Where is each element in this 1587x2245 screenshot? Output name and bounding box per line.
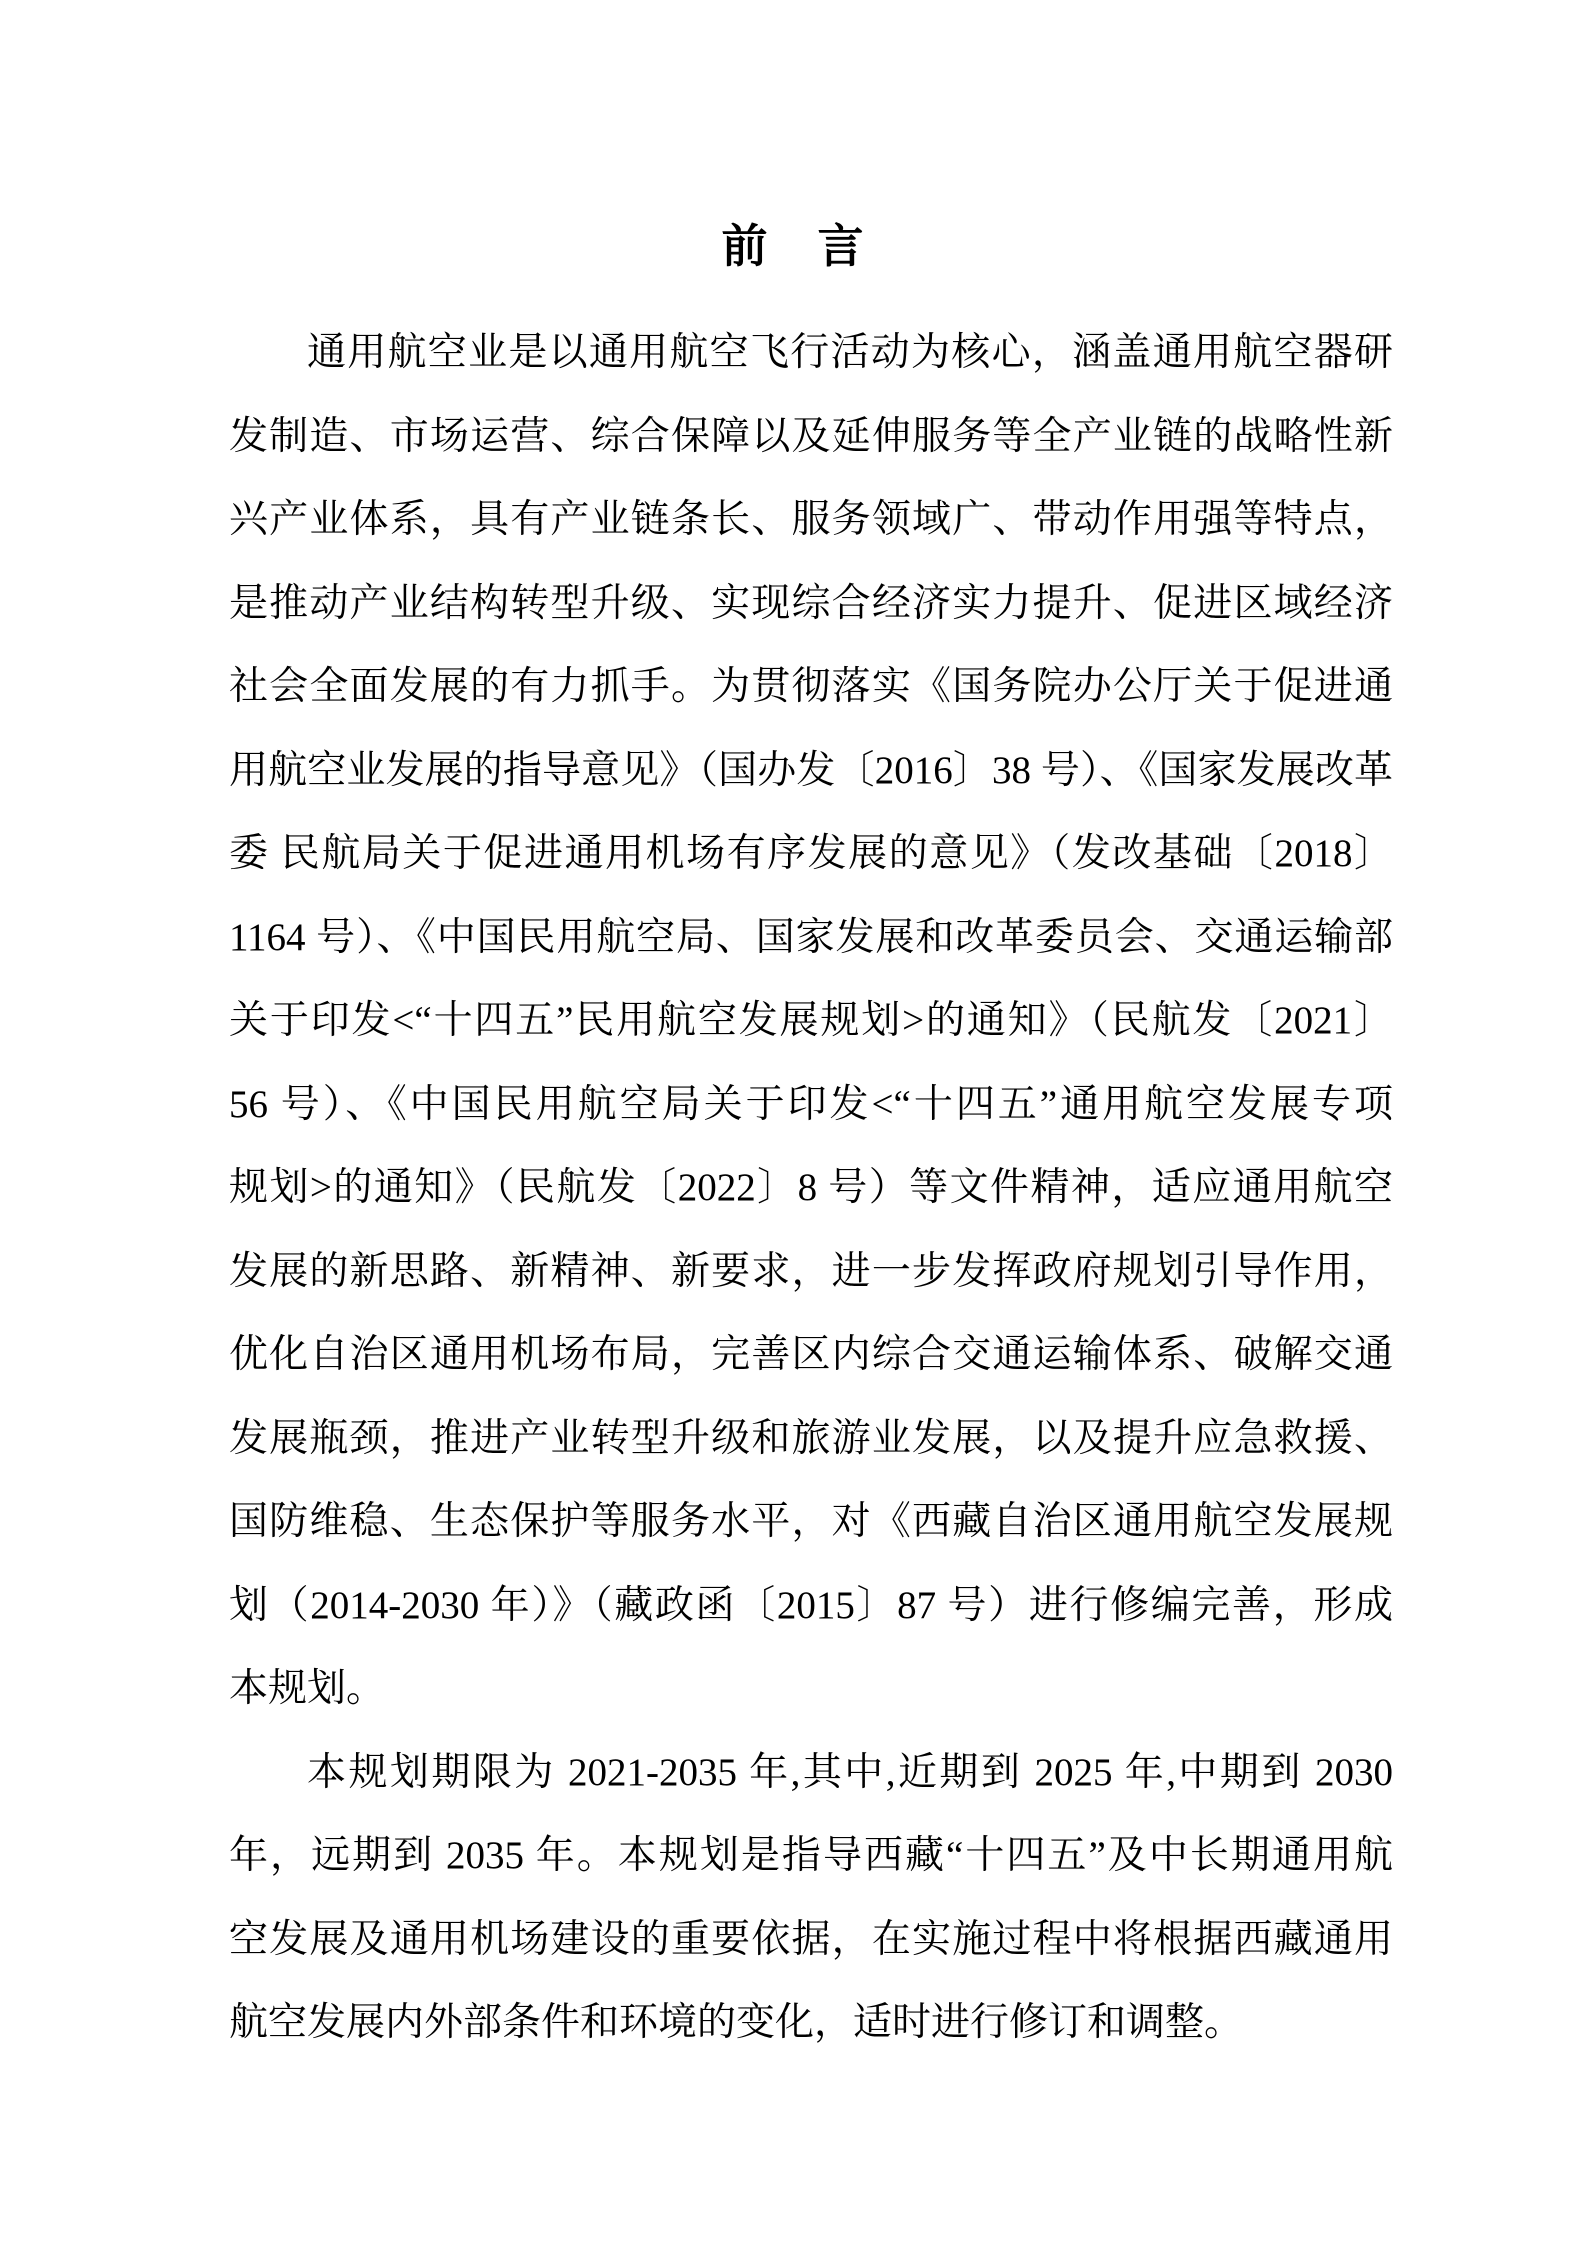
text-line: 关于印发<“十四五”民用航空发展规划>的通知》（民航发〔2021〕: [229, 979, 1393, 1063]
text-line: 用航空业发展的指导意见》（国办发〔2016〕38 号）、《国家发展改革: [229, 729, 1393, 813]
paragraph-1: 通用航空业是以通用航空飞行活动为核心，涵盖通用航空器研 发制造、市场运营、综合保…: [229, 311, 1393, 1731]
text-line: 国防维稳、生态保护等服务水平，对《西藏自治区通用航空发展规: [229, 1480, 1393, 1564]
text-line: 发制造、市场运营、综合保障以及延伸服务等全产业链的战略性新: [229, 395, 1393, 479]
paragraph-2: 本规划期限为 2021-2035 年,其中,近期到 2025 年,中期到 203…: [229, 1731, 1393, 2065]
text-line: 本规划。: [229, 1647, 1393, 1731]
text-line: 划（2014-2030 年）》（藏政函〔2015〕87 号）进行修编完善，形成: [229, 1564, 1393, 1648]
text-line: 兴产业体系，具有产业链条长、服务领域广、带动作用强等特点，: [229, 478, 1393, 562]
page-title: 前 言: [0, 218, 1587, 274]
document-page: 前 言 通用航空业是以通用航空飞行活动为核心，涵盖通用航空器研 发制造、市场运营…: [0, 0, 1587, 2245]
text-line: 56 号）、《中国民用航空局关于印发<“十四五”通用航空发展专项: [229, 1063, 1393, 1147]
text-line: 发展瓶颈，推进产业转型升级和旅游业发展，以及提升应急救援、: [229, 1397, 1393, 1481]
text-line: 通用航空业是以通用航空飞行活动为核心，涵盖通用航空器研: [229, 311, 1393, 395]
text-line: 委 民航局关于促进通用机场有序发展的意见》（发改基础〔2018〕: [229, 812, 1393, 896]
text-line: 优化自治区通用机场布局，完善区内综合交通运输体系、破解交通: [229, 1313, 1393, 1397]
document-body: 通用航空业是以通用航空飞行活动为核心，涵盖通用航空器研 发制造、市场运营、综合保…: [229, 311, 1393, 2065]
text-line: 是推动产业结构转型升级、实现综合经济实力提升、促进区域经济: [229, 562, 1393, 646]
text-line: 发展的新思路、新精神、新要求，进一步发挥政府规划引导作用，: [229, 1230, 1393, 1314]
text-line: 空发展及通用机场建设的重要依据，在实施过程中将根据西藏通用: [229, 1898, 1393, 1982]
text-line: 本规划期限为 2021-2035 年,其中,近期到 2025 年,中期到 203…: [229, 1731, 1393, 1815]
text-line: 1164 号）、《中国民用航空局、国家发展和改革委员会、交通运输部: [229, 896, 1393, 980]
text-line: 规划>的通知》（民航发〔2022〕8 号）等文件精神，适应通用航空: [229, 1146, 1393, 1230]
text-line: 航空发展内外部条件和环境的变化，适时进行修订和调整。: [229, 1981, 1393, 2065]
text-line: 年，远期到 2035 年。本规划是指导西藏“十四五”及中长期通用航: [229, 1814, 1393, 1898]
text-line: 社会全面发展的有力抓手。为贯彻落实《国务院办公厅关于促进通: [229, 645, 1393, 729]
